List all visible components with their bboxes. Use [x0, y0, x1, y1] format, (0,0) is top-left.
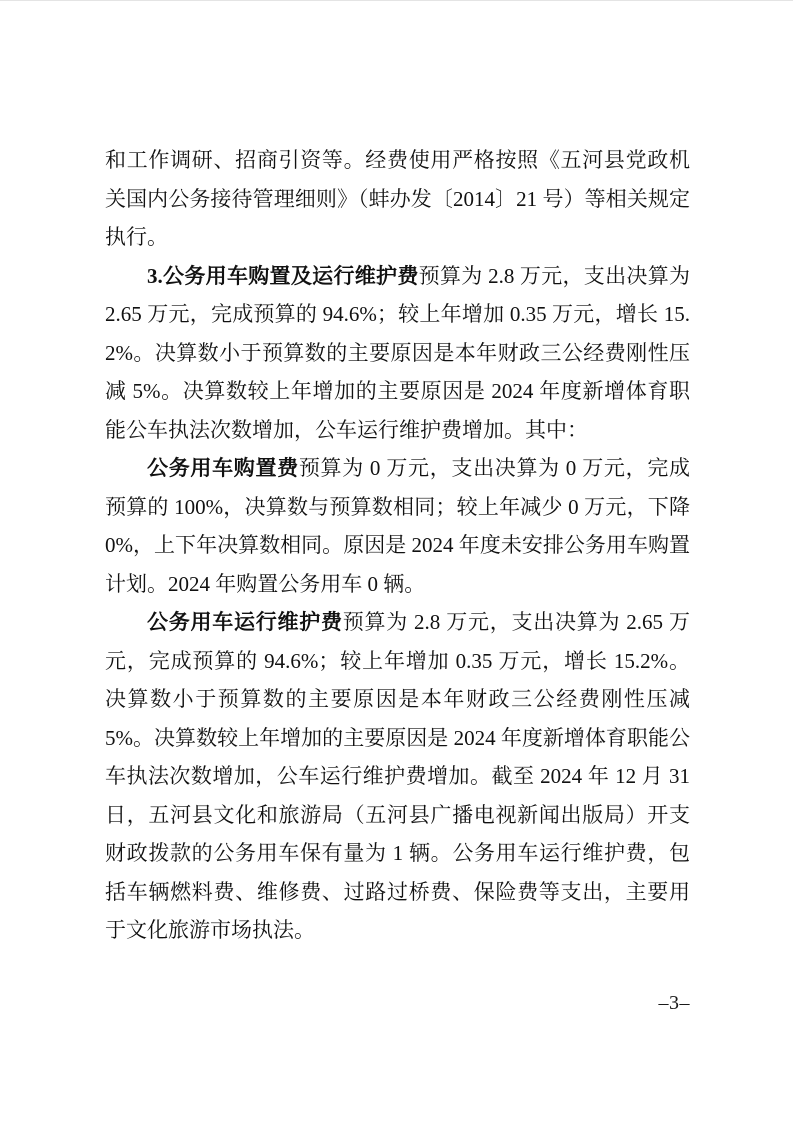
paragraph-text: 预算为 2.8 万元，支出决算为 2.65 万元，完成预算的 94.6%；较上年… [105, 610, 690, 942]
document-page: 和工作调研、招商引资等。经费使用严格按照《五河县党政机关国内公务接待管理细则》（… [0, 0, 793, 1122]
document-body: 和工作调研、招商引资等。经费使用严格按照《五河县党政机关国内公务接待管理细则》（… [105, 141, 690, 950]
paragraph-lead-label: 公务用车运行维护费 [147, 610, 343, 634]
para-vehicle-maintenance-fee: 公务用车运行维护费预算为 2.8 万元，支出决算为 2.65 万元，完成预算的 … [105, 603, 690, 950]
para-reception-funds-continued: 和工作调研、招商引资等。经费使用严格按照《五河县党政机关国内公务接待管理细则》（… [105, 141, 690, 257]
para-vehicle-purchase-and-maintenance-total: 3.公务用车购置及运行维护费预算为 2.8 万元，支出决算为 2.65 万元，完… [105, 257, 690, 450]
page-top-edge [0, 0, 793, 1]
page-number: –3– [105, 991, 690, 1015]
para-vehicle-purchase-fee: 公务用车购置费预算为 0 万元，支出决算为 0 万元，完成预算的 100%，决算… [105, 449, 690, 603]
paragraph-text: 和工作调研、招商引资等。经费使用严格按照《五河县党政机关国内公务接待管理细则》（… [105, 148, 690, 249]
paragraph-lead-label: 3.公务用车购置及运行维护费 [147, 264, 419, 288]
paragraph-text: 预算为 2.8 万元，支出决算为 2.65 万元，完成预算的 94.6%；较上年… [105, 264, 690, 442]
paragraph-lead-label: 公务用车购置费 [147, 456, 299, 480]
